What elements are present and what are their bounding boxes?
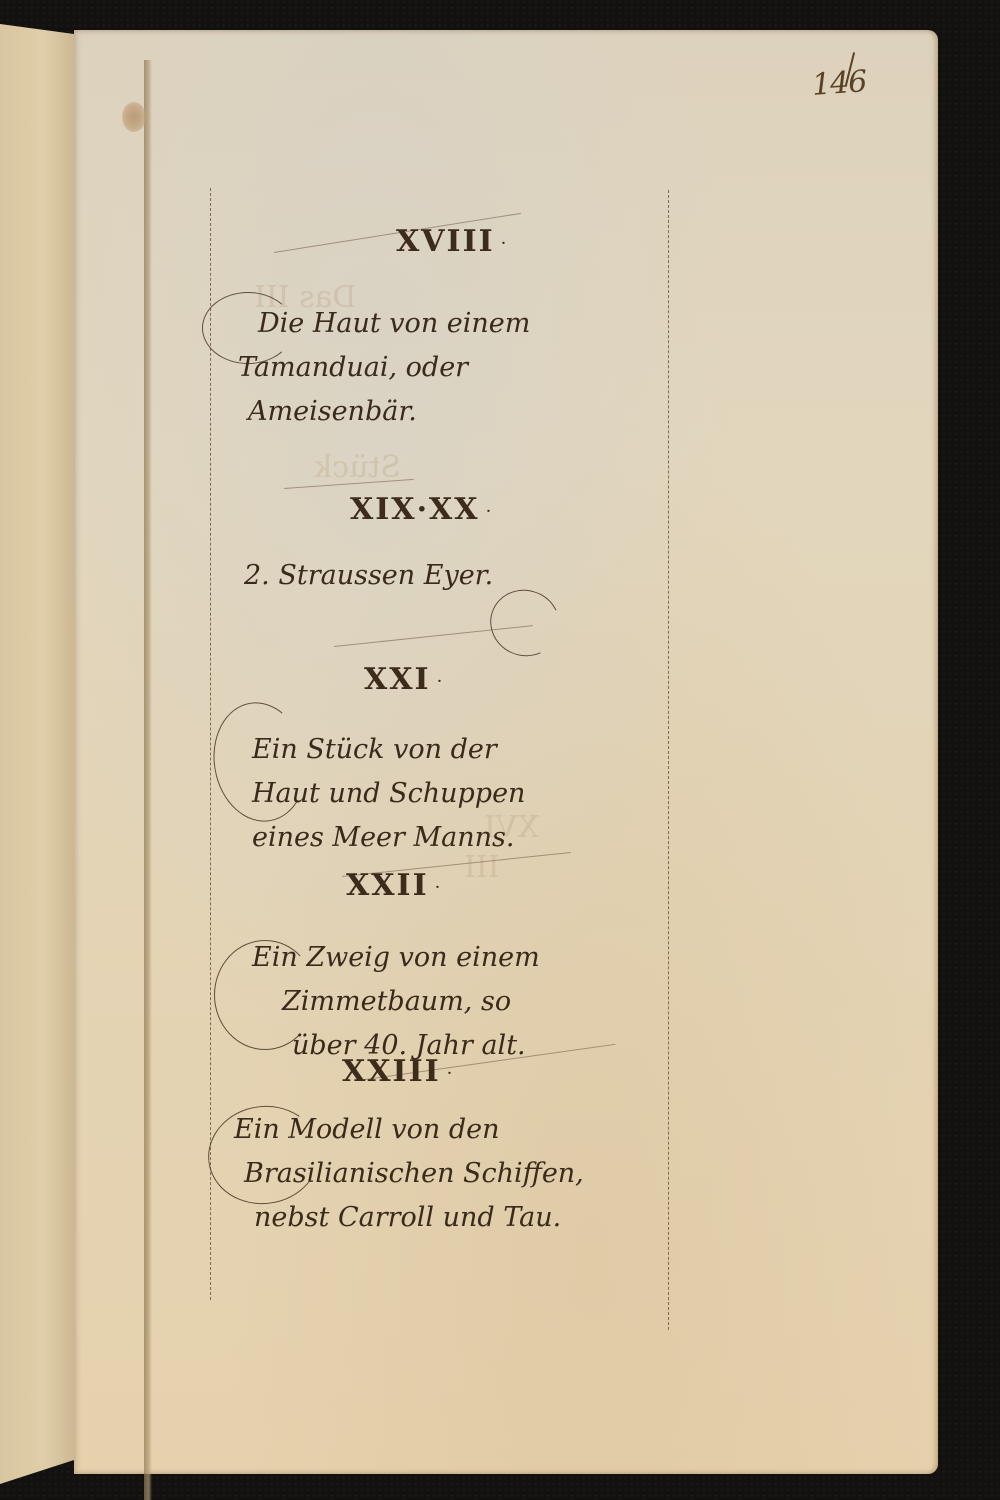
entry-line: Ein Modell von den	[234, 1108, 584, 1152]
entry-line: Haut und Schuppen	[252, 772, 525, 816]
entry-line: Tamanduai, oder	[238, 346, 530, 390]
entry-numeral: XIX·XX	[350, 492, 493, 527]
folio-number: 146	[811, 64, 868, 103]
entry-line: Die Haut von einem	[258, 302, 530, 346]
gutter-shadow	[144, 60, 152, 1500]
entry-numeral: XXI	[364, 662, 444, 697]
entry-line: Zimmetbaum, so	[282, 980, 540, 1024]
column-rule-left	[210, 188, 211, 1300]
entry-numeral: XVIII	[396, 224, 508, 259]
entry-line: eines Meer Manns.	[252, 816, 525, 860]
initial-swash	[481, 580, 569, 666]
entry-line: Ameisenbär.	[248, 390, 530, 434]
entry-line: 2. Straussen Eyer.	[244, 554, 493, 598]
entry-numeral: XXIII	[342, 1054, 454, 1089]
manuscript-page: 146 Das III Stück XVI III XVIII Die Haut…	[74, 30, 938, 1474]
entry-line: Brasilianischen Schiffen,	[244, 1152, 584, 1196]
foxing-stain	[122, 102, 146, 132]
previous-page-edge	[0, 24, 74, 1484]
entry-numeral: XXII	[346, 868, 442, 903]
entry-line: Ein Zweig von einem	[252, 936, 540, 980]
entry-description: Die Haut von einem Tamanduai, oder Ameis…	[258, 302, 530, 434]
entry-line: Ein Stück von der	[252, 728, 525, 772]
entry-description: Ein Stück von der Haut und Schuppen eine…	[252, 728, 525, 860]
entry-line: nebst Carroll und Tau.	[254, 1196, 584, 1240]
entry-description: 2. Straussen Eyer.	[244, 554, 493, 598]
scan-background: 146 Das III Stück XVI III XVIII Die Haut…	[0, 0, 1000, 1500]
column-rule-right	[668, 190, 669, 1330]
entry-description: Ein Modell von den Brasilianischen Schif…	[234, 1108, 584, 1240]
entry-description: Ein Zweig von einem Zimmetbaum, so über …	[252, 936, 540, 1068]
